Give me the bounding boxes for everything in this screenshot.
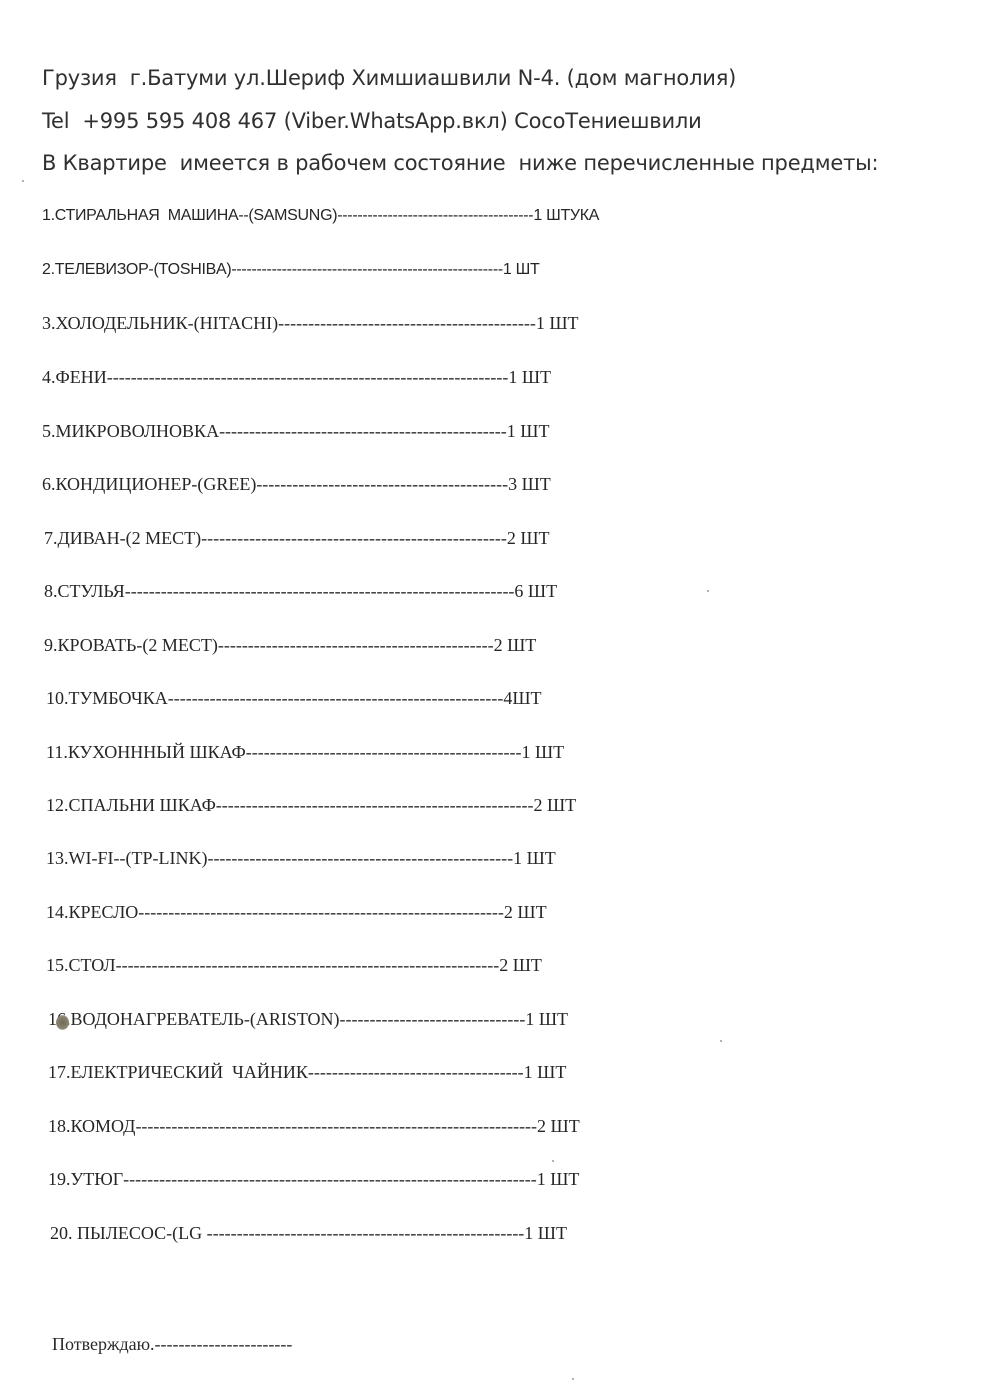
scan-speck xyxy=(707,590,709,592)
list-item: 15.СТОЛ---------------------------------… xyxy=(46,955,542,976)
list-item: 11.КУХОНННЫЙ ШКАФ-----------------------… xyxy=(46,742,564,763)
list-item: 17.ЕЛЕКТРИЧЕСКИЙ ЧАЙНИК-----------------… xyxy=(48,1062,566,1083)
list-item: 6.КОНДИЦИОНЕР-(GREE)--------------------… xyxy=(42,474,551,495)
ink-smudge xyxy=(56,1015,69,1030)
list-item: 1.СТИРАЛЬНАЯ МАШИНА--(SAMSUNG)----------… xyxy=(42,207,599,225)
list-item: 16.ВОДОНАГРЕВАТЕЛЬ-(ARISTON)------------… xyxy=(48,1009,568,1030)
scan-speck xyxy=(720,1040,722,1042)
list-item: 4.ФЕНИ----------------------------------… xyxy=(42,367,551,388)
list-item: 7.ДИВАН-(2 МЕСТ)------------------------… xyxy=(44,528,550,549)
list-item: 10.ТУМБОЧКА-----------------------------… xyxy=(46,688,542,709)
intro-line: В Квартире имеется в рабочем состояние н… xyxy=(42,151,878,175)
list-item: 13.WI-FI--(TP-LINK)---------------------… xyxy=(46,848,556,869)
scan-speck xyxy=(552,1160,554,1162)
list-item: 12.СПАЛЬНИ ШКАФ-------------------------… xyxy=(46,795,576,816)
list-item: 20. ПЫЛЕСОС-(LG ------------------------… xyxy=(50,1223,567,1244)
list-item: 9.КРОВАТЬ-(2 МЕСТ)----------------------… xyxy=(44,635,536,656)
scan-speck xyxy=(22,180,24,182)
confirmation-line: Потверждаю.----------------------- xyxy=(52,1334,292,1355)
list-item: 5.МИКРОВОЛНОВКА-------------------------… xyxy=(42,421,549,442)
phone-line: Tel +995 595 408 467 (Viber.WhatsApp.вкл… xyxy=(42,109,702,133)
list-item: 8.СТУЛЬЯ--------------------------------… xyxy=(44,581,557,602)
address-line: Грузия г.Батуми ул.Шериф Химшиашвили N-4… xyxy=(42,66,736,90)
scan-speck xyxy=(572,1378,574,1380)
list-item: 18.КОМОД--------------------------------… xyxy=(48,1116,580,1137)
list-item: 19.УТЮГ---------------------------------… xyxy=(48,1169,579,1190)
list-item: 2.ТЕЛЕВИЗОР-(TOSHIBA)-------------------… xyxy=(42,261,539,279)
list-item: 3.ХОЛОДЕЛЬНИК-(HITACHI)-----------------… xyxy=(42,313,579,334)
list-item: 14.КРЕСЛО-------------------------------… xyxy=(46,902,547,923)
